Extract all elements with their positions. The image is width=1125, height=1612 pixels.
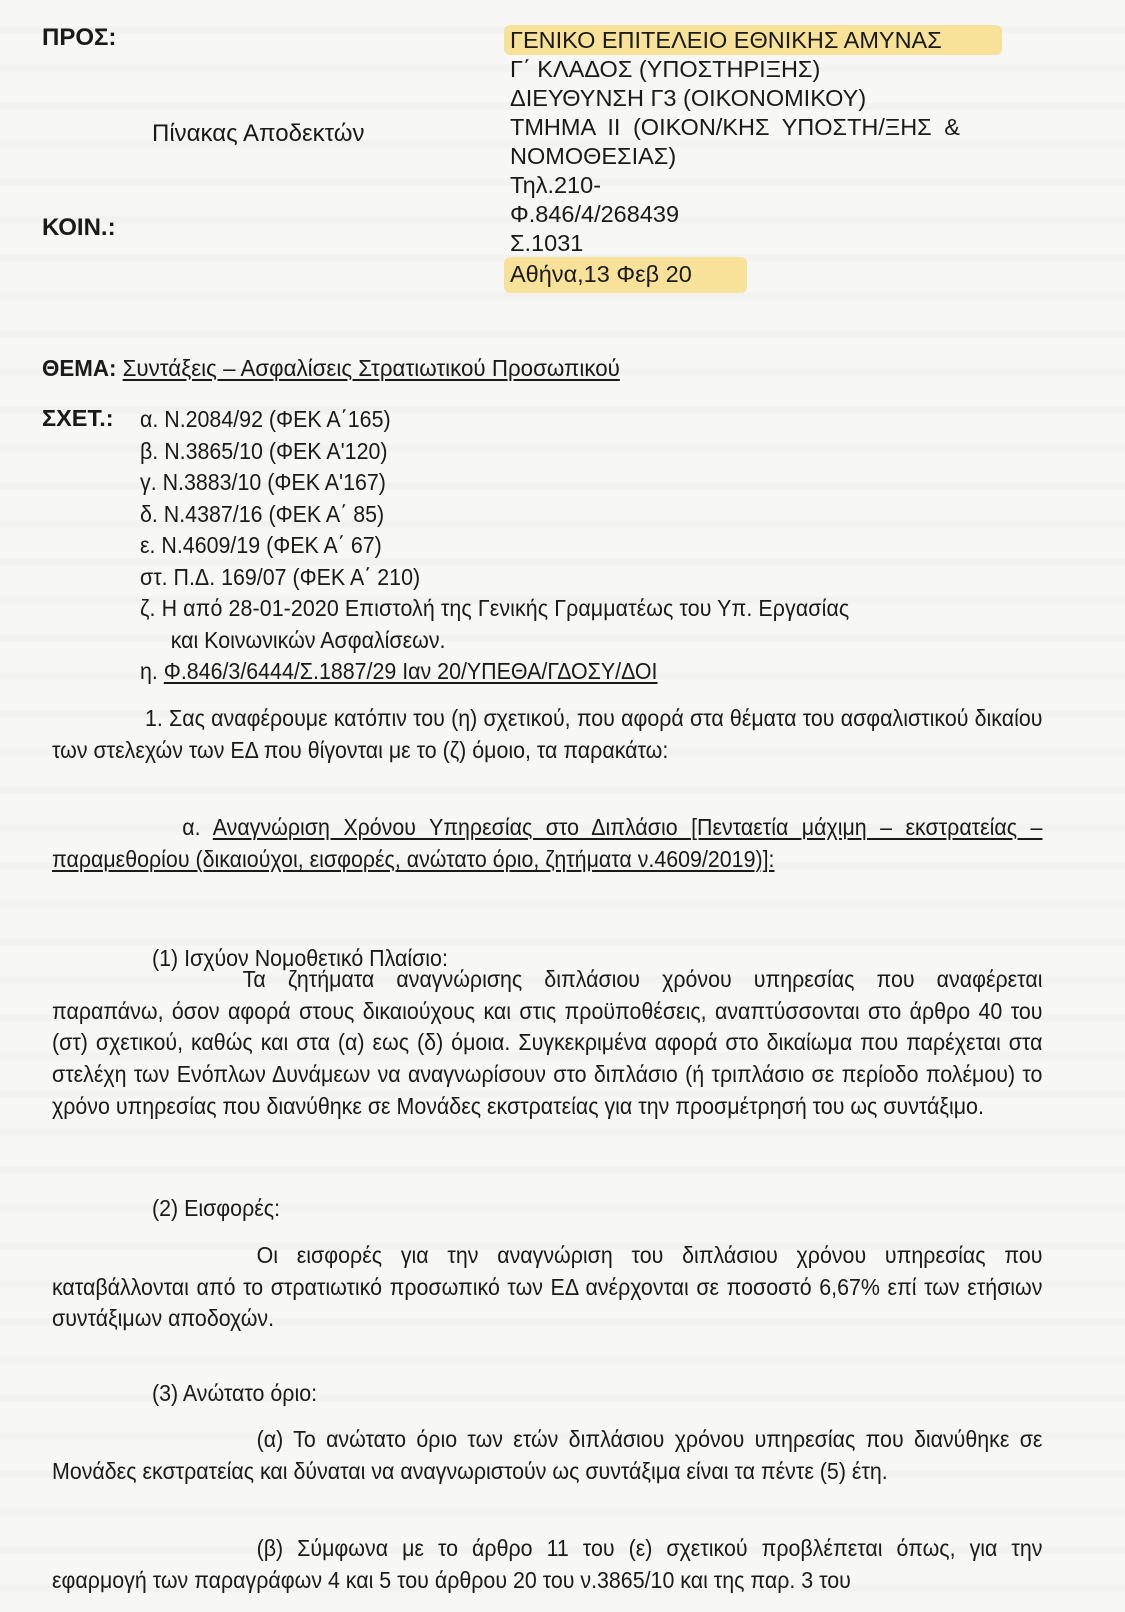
reference-item: η. Φ.846/3/6444/Σ.1887/29 Ιαν 20/ΥΠΕΘΑ/Γ… bbox=[140, 656, 849, 688]
section-a-heading: α. Αναγνώριση Χρόνου Υπηρεσίας στο Διπλά… bbox=[52, 812, 1042, 875]
cc-label: ΚΟΙΝ.: bbox=[42, 214, 116, 242]
reference-prefix: η. bbox=[140, 658, 164, 684]
reference-item: στ. Π.Δ. 169/07 (ΦΕΚ Α΄ 210) bbox=[140, 562, 849, 594]
sender-section: ΤΜΗΜΑ ΙΙ (ΟΙΚΟΝ/ΚΗΣ ΥΠΟΣΤΗ/ΞΗΣ & bbox=[510, 113, 1002, 142]
paragraph-upper-limit-a: (α) Το ανώτατο όριο των ετών διπλάσιου χ… bbox=[52, 1424, 1042, 1487]
heading-upper-limit: (3) Ανώτατο όριο: bbox=[152, 1380, 317, 1407]
sender-organization: ΓΕΝΙΚΟ ΕΠΙΤΕΛΕΙΟ ΕΘΝΙΚΗΣ ΑΜΥΝΑΣ bbox=[504, 25, 1002, 55]
heading-contributions: (2) Εισφορές: bbox=[152, 1195, 280, 1222]
sender-section-cont: ΝΟΜΟΘΕΣΙΑΣ) bbox=[510, 142, 1002, 171]
reference-item: δ. Ν.4387/16 (ΦΕΚ Α΄ 85) bbox=[140, 499, 849, 531]
to-label: ΠΡΟΣ: bbox=[42, 24, 116, 52]
reference-item: ε. Ν.4609/19 (ΦΕΚ Α΄ 67) bbox=[140, 530, 849, 562]
subject-label: ΘΕΜΑ: bbox=[42, 355, 116, 381]
subject-text: Συντάξεις – Ασφαλίσεις Στρατιωτικού Προσ… bbox=[123, 355, 620, 381]
sender-directorate: ΔΙΕΥΘΥΝΣΗ Γ3 (ΟΙΚΟΝΟΜΙΚΟΥ) bbox=[510, 84, 1002, 113]
reference-item-cont: και Κοινωνικών Ασφαλίσεων. bbox=[140, 625, 849, 657]
serial-number: Σ.1031 bbox=[510, 229, 1002, 258]
references-list: α. Ν.2084/92 (ΦΕΚ Α΄165) β. Ν.3865/10 (Φ… bbox=[140, 404, 849, 688]
sender-phone: Τηλ.210- bbox=[510, 171, 1002, 200]
to-value: Πίνακας Αποδεκτών bbox=[152, 120, 365, 148]
reference-item: γ. Ν.3883/10 (ΦΕΚ Α'167) bbox=[140, 467, 849, 499]
paragraph-legal-framework: Τα ζητήματα αναγνώρισης διπλάσιου χρόνου… bbox=[52, 964, 1042, 1123]
paragraph-upper-limit-b: (β) Σύμφωνα με το άρθρο 11 του (ε) σχετι… bbox=[52, 1533, 1042, 1596]
date-line: Αθήνα,13 Φεβ 20 bbox=[504, 257, 747, 293]
sender-branch: Γ΄ ΚΛΑΔΟΣ (ΥΠΟΣΤΗΡΙΞΗΣ) bbox=[510, 55, 1002, 84]
file-number: Φ.846/4/268439 bbox=[510, 200, 1002, 229]
sender-block: ΓΕΝΙΚΟ ΕΠΙΤΕΛΕΙΟ ΕΘΝΙΚΗΣ ΑΜΥΝΑΣ Γ΄ ΚΛΑΔΟ… bbox=[510, 25, 1002, 289]
paragraph-contributions: Οι εισφορές για την αναγνώριση του διπλά… bbox=[52, 1240, 1042, 1335]
reference-item: α. Ν.2084/92 (ΦΕΚ Α΄165) bbox=[140, 404, 849, 436]
reference-item: ζ. Η από 28-01-2020 Επιστολή της Γενικής… bbox=[140, 593, 849, 625]
subject-line: ΘΕΜΑ: Συντάξεις – Ασφαλίσεις Στρατιωτικο… bbox=[42, 355, 620, 382]
reference-item: β. Ν.3865/10 (ΦΕΚ Α'120) bbox=[140, 436, 849, 468]
reference-link-text: Φ.846/3/6444/Σ.1887/29 Ιαν 20/ΥΠΕΘΑ/ΓΔΟΣ… bbox=[164, 658, 658, 684]
paragraph-1: 1. Σας αναφέρουμε κατόπιν του (η) σχετικ… bbox=[52, 703, 1042, 766]
section-a-prefix: α. bbox=[182, 814, 213, 840]
references-label: ΣΧΕΤ.: bbox=[42, 405, 114, 432]
